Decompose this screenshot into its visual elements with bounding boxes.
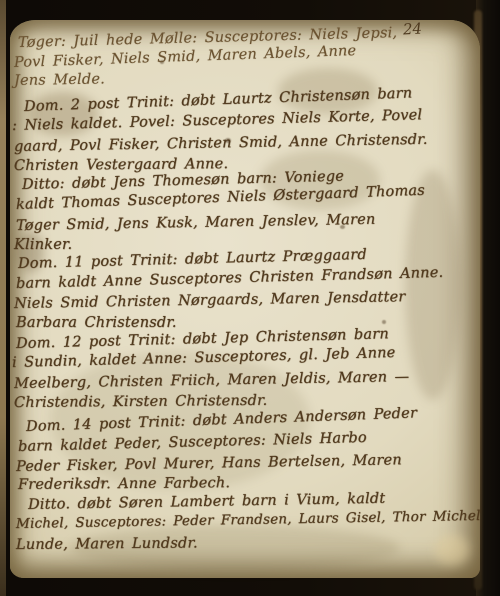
manuscript-photo: 24 Tøger: Juil hede Mølle: Susceptores: … — [0, 0, 500, 596]
manuscript-line: Frederiksdr. Anne Farbech. — [18, 476, 230, 492]
manuscript-line: Klinker. — [14, 238, 72, 253]
manuscript-line: Niels Smid Christen Nørgaards, Maren Jen… — [14, 290, 406, 311]
manuscript-line: Meelberg, Christen Friich, Maren Jeldis,… — [14, 370, 410, 391]
manuscript-line: Lunde, Maren Lundsdr. — [16, 536, 198, 552]
manuscript-line: Jens Melde. — [14, 72, 105, 88]
manuscript-line: Michel, Susceptores: Peder Frandsen, Lau… — [16, 510, 481, 532]
stain — [435, 535, 469, 565]
manuscript-line: Ditto. døbt Søren Lambert barn i Vium, k… — [28, 492, 386, 513]
manuscript-page: 24 Tøger: Juil hede Mølle: Susceptores: … — [10, 20, 480, 578]
manuscript-line: Christendis, Kirsten Christensdr. — [14, 394, 268, 411]
stain — [405, 170, 460, 400]
ink-speck — [382, 320, 386, 324]
page-number: 24 — [402, 20, 422, 39]
manuscript-line: Tøger Smid, Jens Kusk, Maren Jenslev, Ma… — [16, 213, 376, 234]
left-page-edge — [0, 0, 6, 596]
manuscript-line: gaard, Povl Fisker, Christen Smid, Anne … — [14, 133, 428, 155]
manuscript-line: Christen Vestergaard Anne. — [14, 157, 228, 173]
manuscript-line: Peder Fisker, Povl Murer, Hans Bertelsen… — [16, 453, 402, 474]
manuscript-line: barn kaldet Peder, Susceptores: Niels Ha… — [18, 431, 367, 455]
manuscript-line: Barbara Christensdr. — [16, 316, 177, 331]
